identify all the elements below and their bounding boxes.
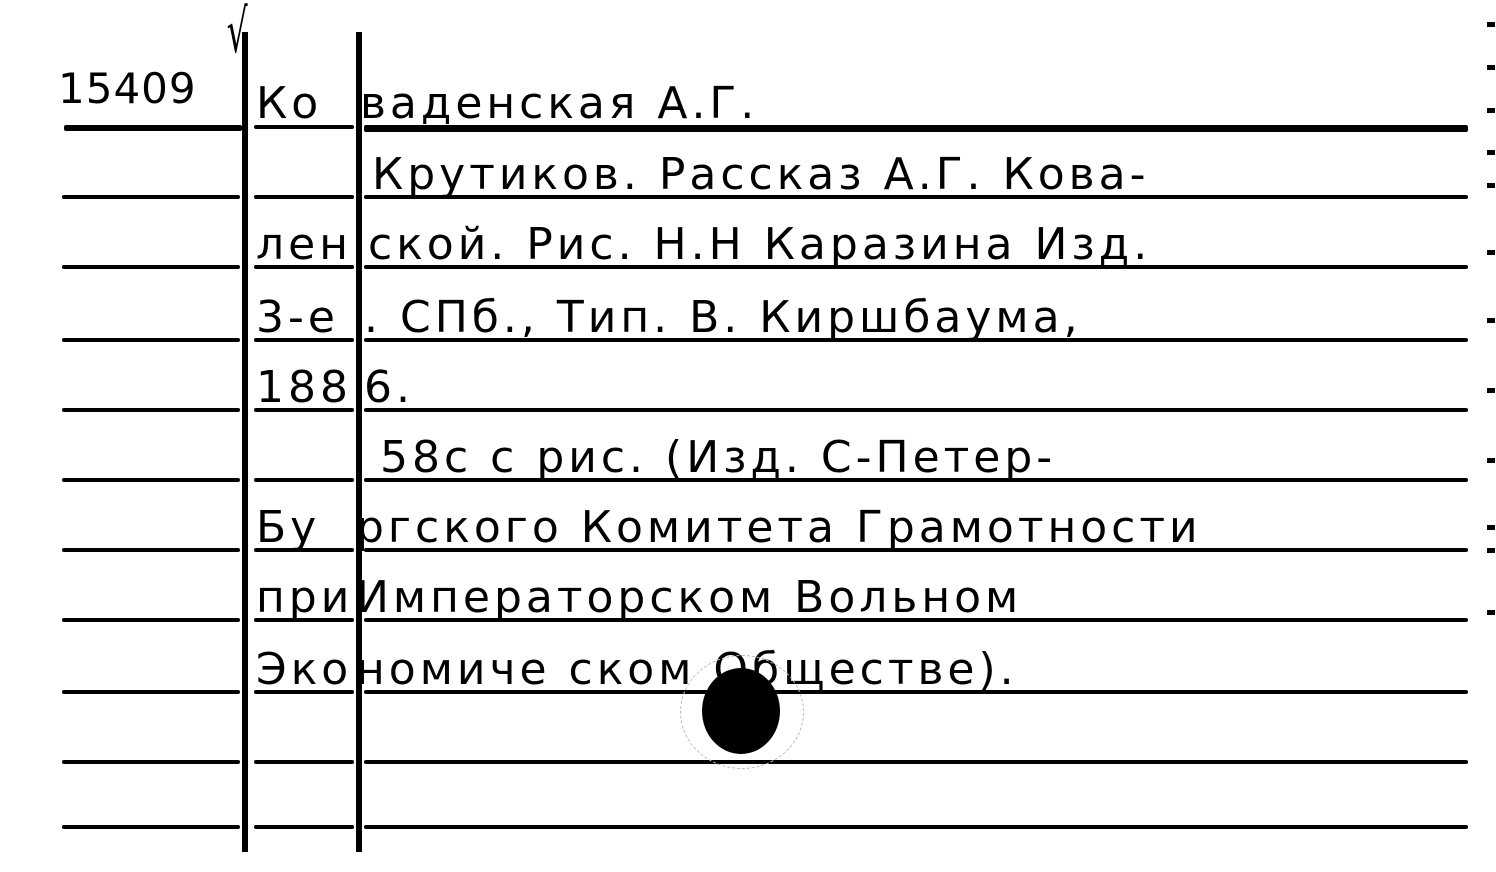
ruled-line-middle [254,195,354,199]
line-9-left: Эко [256,648,352,692]
edge-tick [1487,108,1495,113]
vertical-rule-left [242,32,248,852]
ruled-line-margin [62,408,240,412]
edge-tick [1487,548,1495,553]
ruled-line-margin [62,690,240,694]
ruled-line-middle [254,825,354,829]
ruled-line-main [364,760,1468,764]
ruled-line-middle [254,760,354,764]
ruled-line-margin [62,478,240,482]
ruled-line-main [364,408,1468,412]
ruled-line-margin [62,548,240,552]
edge-tick [1487,150,1495,155]
line-1-left: Ко [256,82,322,126]
punch-hole [702,668,780,754]
line-7-left: Бу [256,506,320,550]
edge-tick [1487,318,1495,323]
line-4-main: . СПб., Тип. В. Киршбаума, [364,296,1082,340]
catalog-card: 15409 √ Ко ваденская А.Г. Крутиков. Расс… [0,0,1496,872]
ruled-line-main [364,825,1468,829]
vertical-rule-right [356,32,362,852]
ruled-line-margin [62,618,240,622]
ruled-line-margin [62,825,240,829]
line-5-main: 6. [364,366,414,410]
line-8-main: Императорском Вольном [356,576,1022,620]
edge-tick [1487,388,1495,393]
edge-tick [1487,250,1495,255]
edge-tick [1487,183,1495,188]
line-3-main: ской. Рис. Н.Н Каразина Изд. [368,223,1151,267]
ruled-line-middle [254,478,354,482]
line-5-left: 188 [256,366,352,410]
line-6-main: 58с с рис. (Изд. С-Петер- [380,436,1056,480]
line-1-main: ваденская А.Г. [360,82,758,126]
line-3-left: лен [256,223,352,267]
line-4-left: 3-е [256,296,339,340]
ruled-line-margin [64,125,242,131]
edge-tick [1487,525,1495,530]
line-8-left: при [256,576,353,620]
edge-tick [1487,22,1495,27]
ruled-line-margin [62,760,240,764]
line-7-main: ргского Комитета Грамотности [356,506,1202,550]
edge-tick [1487,458,1495,463]
edge-tick [1487,610,1495,615]
edge-tick [1487,65,1495,70]
line-2-main: Крутиков. Рассказ А.Г. Кова- [372,153,1149,197]
catalog-number: 15409 [58,68,197,110]
ruled-line-margin [62,195,240,199]
ruled-line-margin [62,338,240,342]
ruled-line-margin [62,265,240,269]
